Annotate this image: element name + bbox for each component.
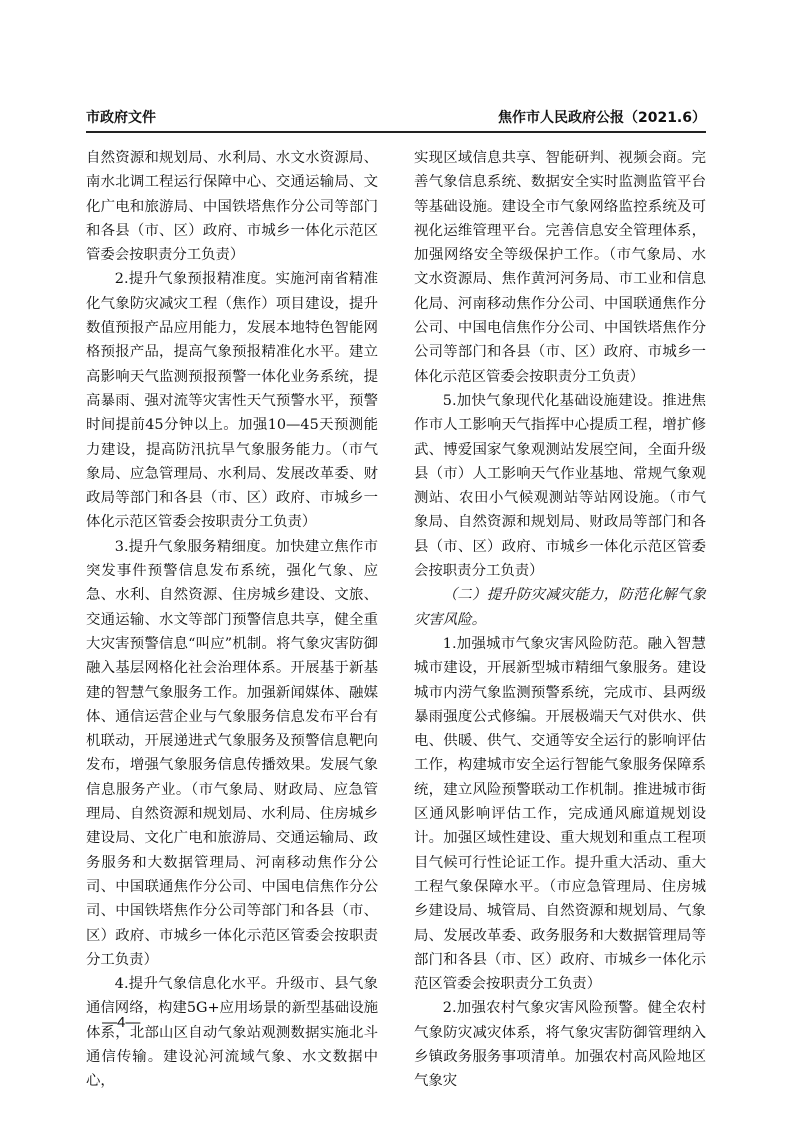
paragraph-item-2: 2.提升气象预报精准度。实施河南省精准化气象防灾减灾工程（焦作）项目建设，提升数… xyxy=(86,267,378,534)
paragraph-item-3: 3.提升气象服务精细度。加快建立焦作市突发事件预警信息发布系统，强化气象、应急、… xyxy=(86,535,378,972)
header-publication-title: 焦作市人民政府公报（2021.6） xyxy=(498,107,706,127)
left-column: 自然资源和规划局、水利局、水文水资源局、南水北调工程运行保障中心、交通运输局、文… xyxy=(86,146,378,1094)
paragraph-item-1: 1.加强城市气象灾害风险防范。融入智慧城市建设，开展新型城市精细气象服务。建设城… xyxy=(414,632,706,996)
paragraph-item-5: 5.加快气象现代化基础设施建设。推进焦作市人工影响天气指挥中心提质工程，增扩修武… xyxy=(414,389,706,583)
header-rule xyxy=(86,131,706,133)
paragraph-item-4: 4.提升气象信息化水平。升级市、县气象通信网络，构建5G+应用场景的新型基础设施… xyxy=(86,972,378,1093)
right-column: 实现区域信息共享、智能研判、视频会商。完善气象信息系统、数据安全实时监测监管平台… xyxy=(414,146,706,1094)
paragraph-continued: 实现区域信息共享、智能研判、视频会商。完善气象信息系统、数据安全实时监测监管平台… xyxy=(414,146,706,389)
paragraph-continued: 自然资源和规划局、水利局、水文水资源局、南水北调工程运行保障中心、交通运输局、文… xyxy=(86,146,378,267)
section-heading: （二）提升防灾减灾能力，防范化解气象灾害风险。 xyxy=(414,583,706,632)
page-number: —4— xyxy=(102,1014,140,1031)
paragraph-item-2b: 2.加强农村气象灾害风险预警。健全农村气象防灾减灾体系，将气象灾害防御管理纳入乡… xyxy=(414,996,706,1093)
running-header: 市政府文件 焦作市人民政府公报（2021.6） xyxy=(86,107,706,131)
header-section-label: 市政府文件 xyxy=(86,107,156,127)
